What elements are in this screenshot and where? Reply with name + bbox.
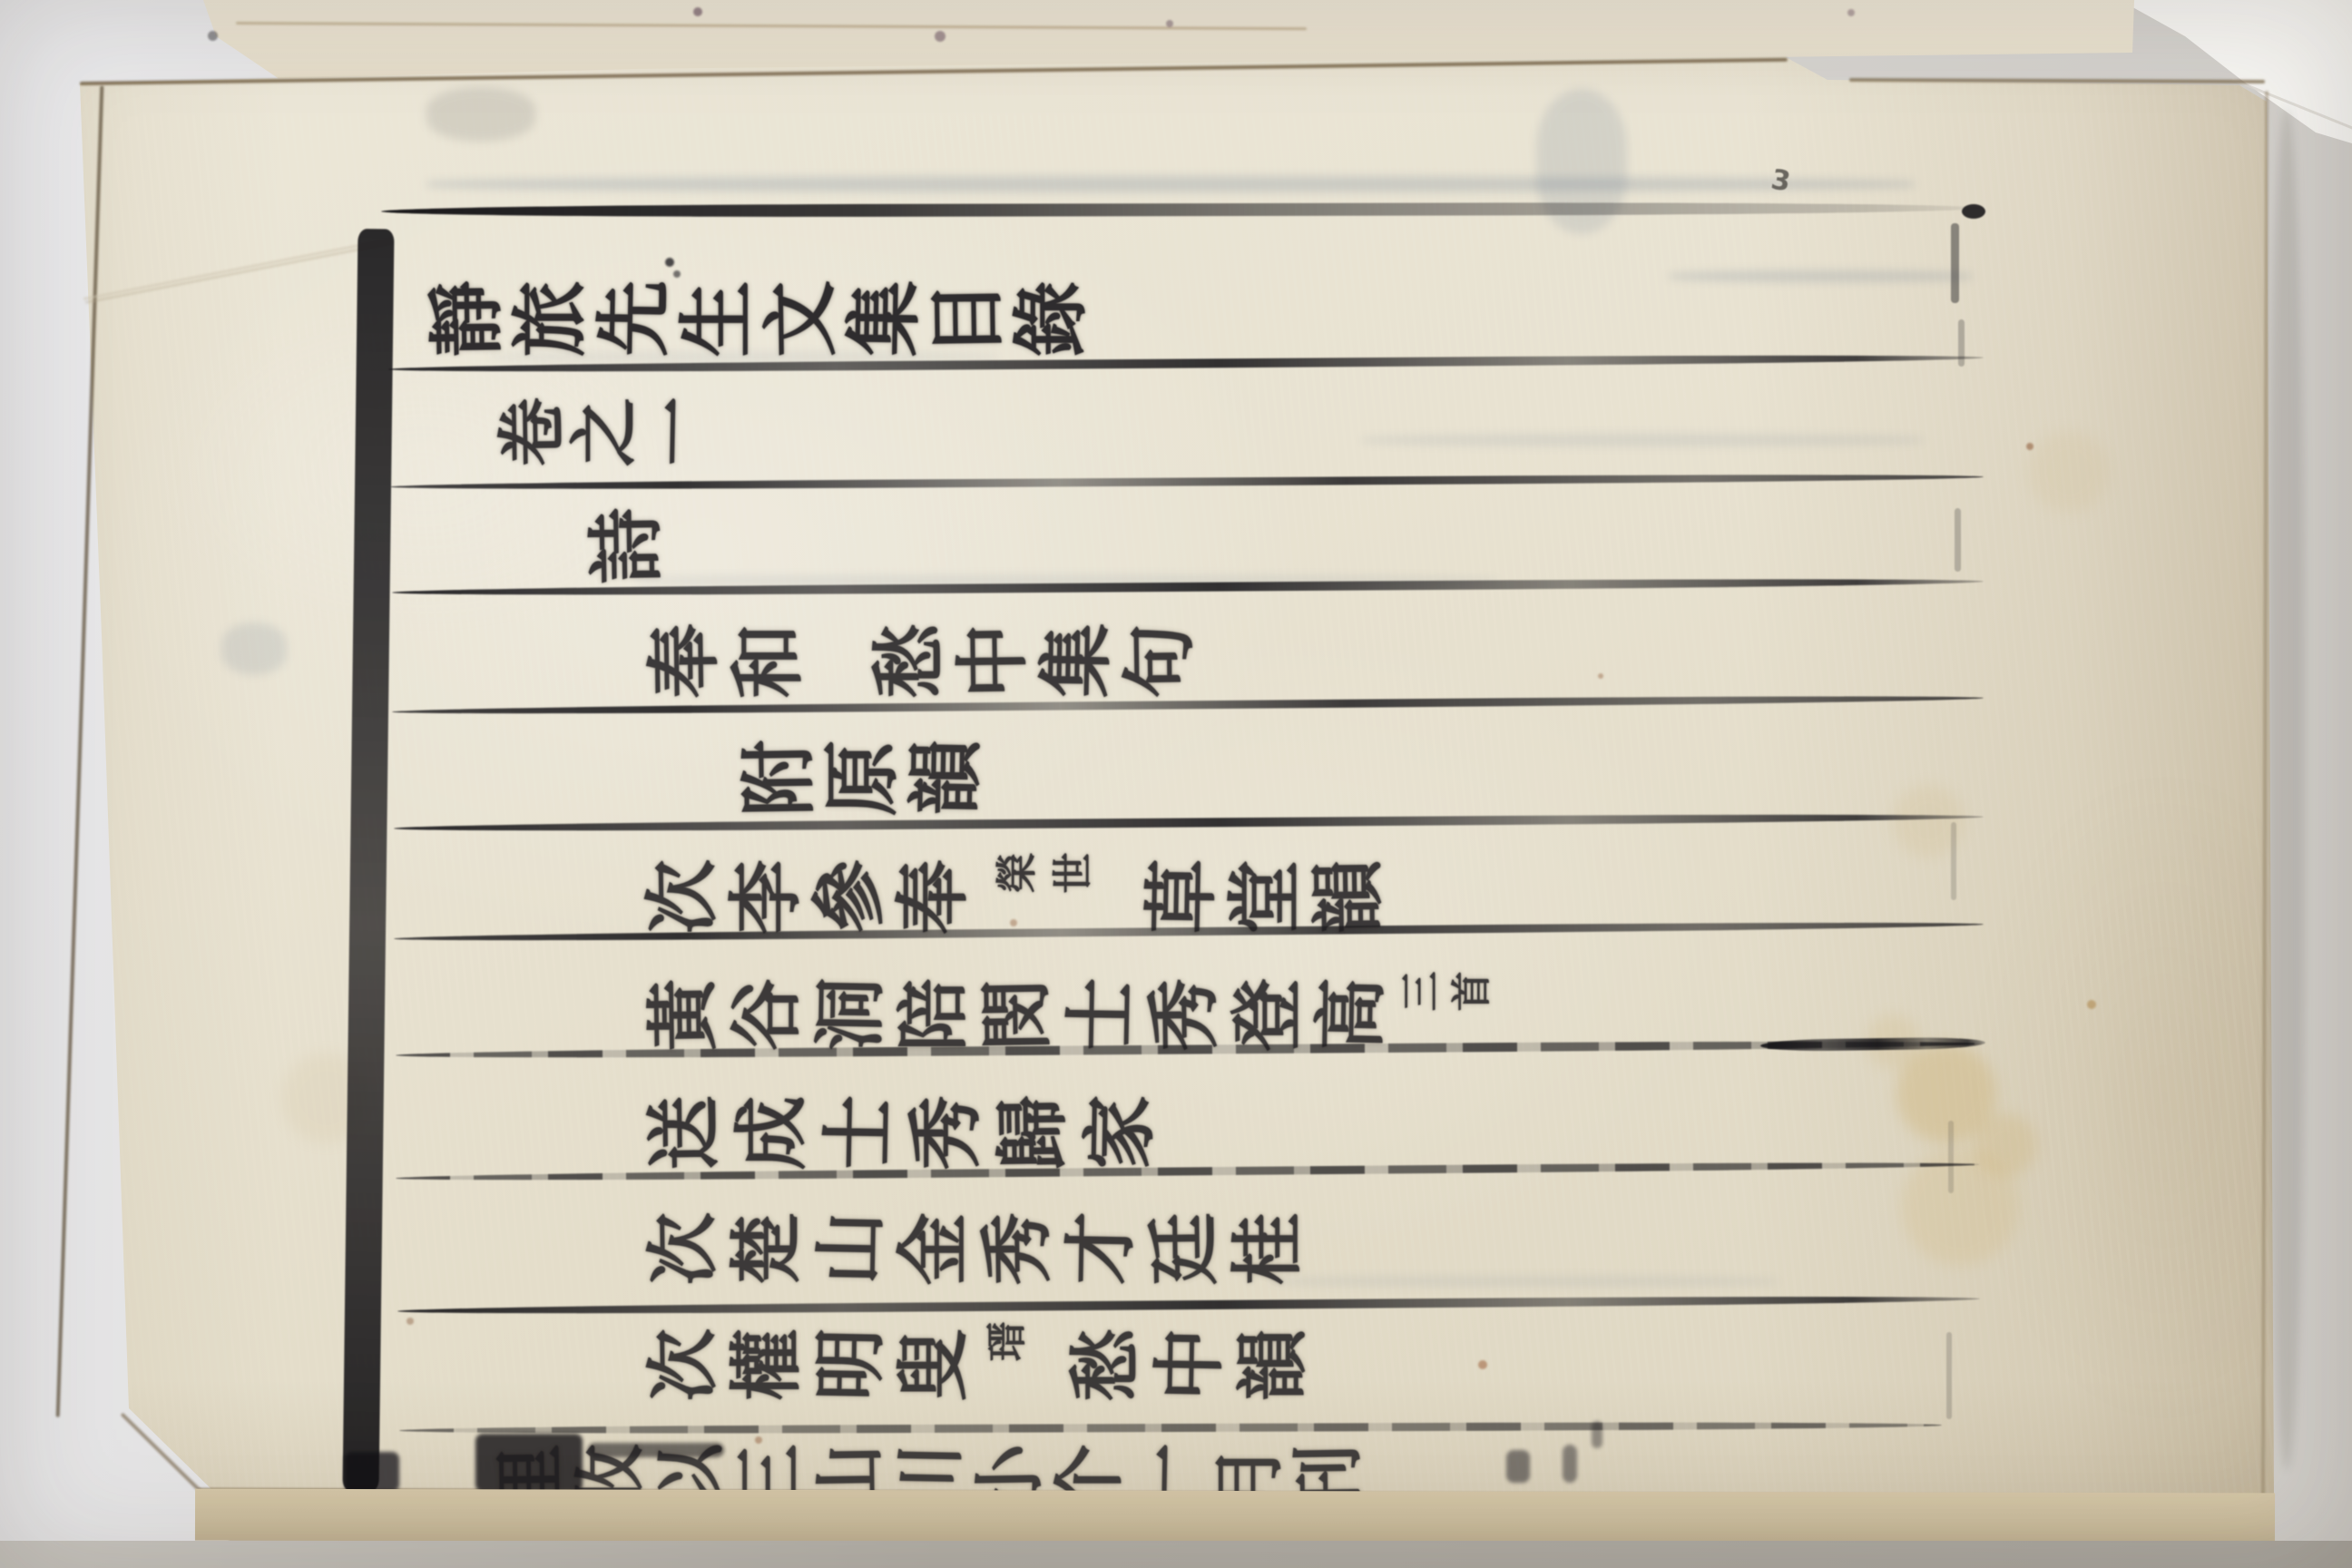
table-surface-bottom [0, 1541, 2352, 1568]
under-page-edge [195, 1489, 2275, 1545]
book-photo: 靜旅先生文集目錄卷之一詩奉和愁中集句附原韻次李參奉榮世草堂韻黃谷洞陪閔士秀登高三… [0, 0, 2352, 1568]
book-page [0, 0, 2352, 1568]
paper-ghost [2269, 109, 2305, 1470]
